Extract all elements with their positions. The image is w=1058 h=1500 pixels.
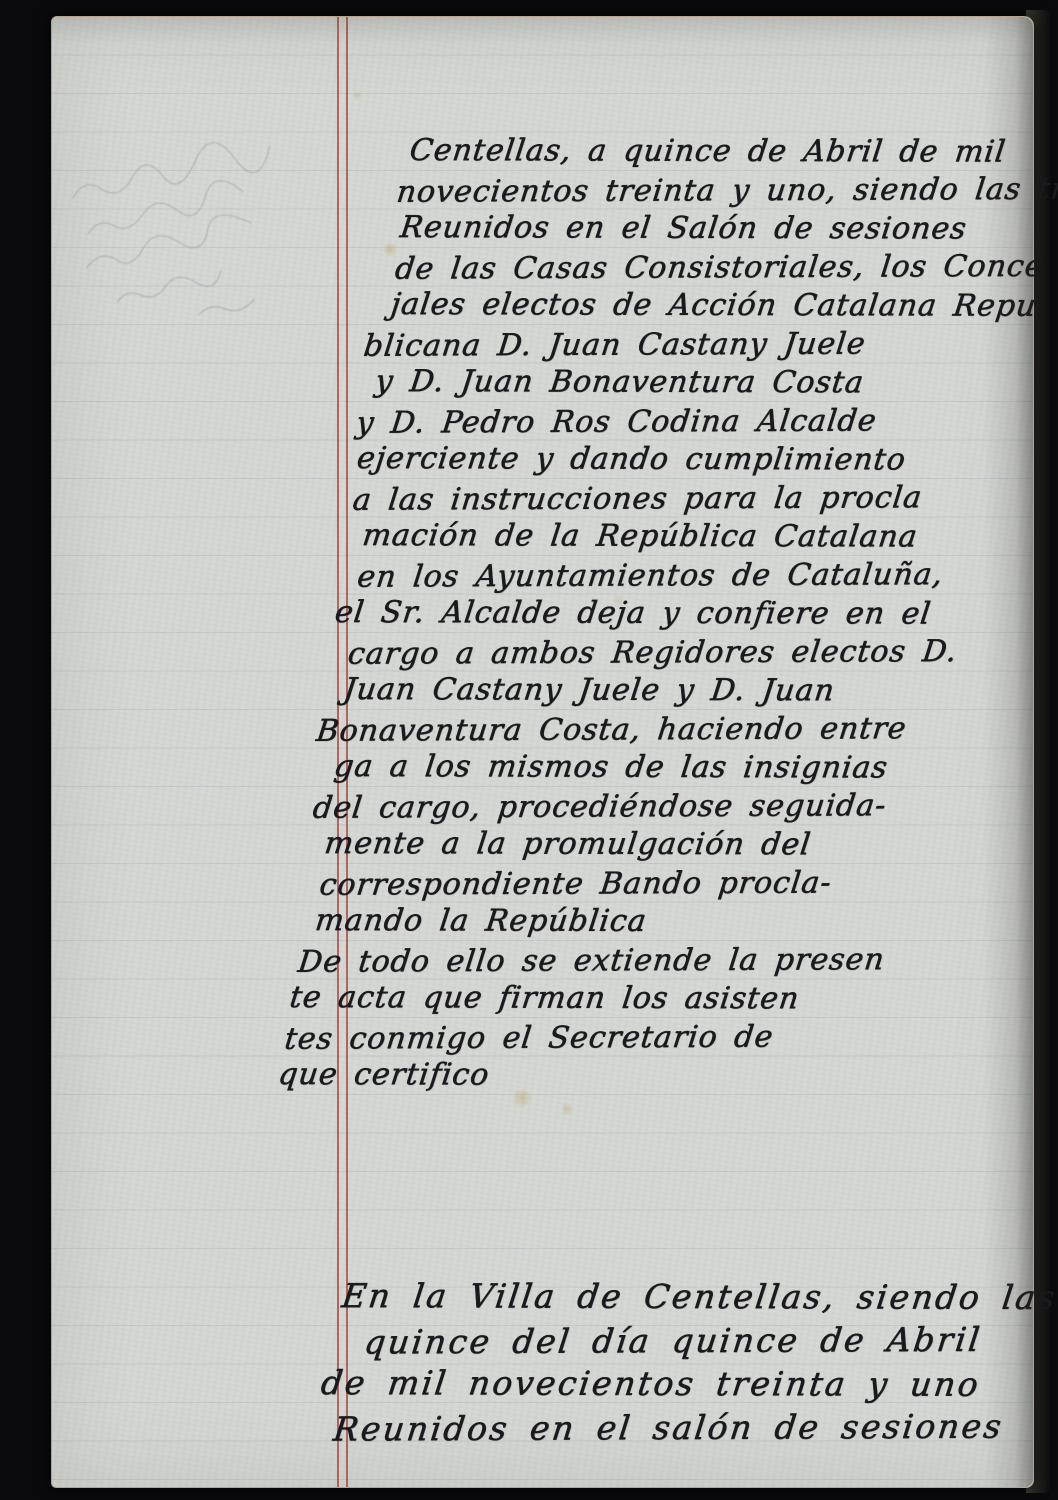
handwritten-line: y D. Juan Bonaventura Costa (373, 363, 1058, 404)
handwritten-line: Reunidos en el Salón de sesiones (398, 209, 1058, 250)
handwritten-line: ejerciente y dando cumplimiento (355, 440, 1058, 481)
handwritten-line: a las instrucciones para la procla (351, 478, 1058, 520)
handwritten-line: que certifico (276, 1056, 1058, 1097)
handwritten-line: mente a la promulgación del (322, 825, 1058, 866)
handwritten-line: mando la República (313, 902, 1058, 943)
handwritten-line: el Sr. Alcalde deja y confiere en el (333, 594, 1058, 635)
handwritten-line: cargo a ambos Regidores electos D. (346, 632, 1058, 674)
handwritten-line: de mil novecientos treinta y uno (319, 1361, 1049, 1406)
handwritten-line: del cargo, procediéndose seguida- (311, 786, 1058, 828)
margin-pencil-note (60, 121, 381, 346)
handwritten-line: Centellas, a quince de Abril de mil (407, 132, 1058, 173)
handwritten-line: jales electos de Acción Catalana Repu (389, 286, 1058, 327)
handwritten-line: novecientos treinta y uno, siendo las tr… (395, 170, 1058, 212)
handwritten-line: Bonaventura Costa, haciendo entre (314, 709, 1058, 751)
manuscript-page: Centellas, a quince de Abril de milnovec… (51, 16, 1034, 1488)
handwritten-line: Juan Castany Juele y D. Juan (341, 671, 1058, 712)
handwritten-line: quince del día quince de Abril (362, 1317, 1055, 1363)
handwritten-line: y D. Pedro Ros Codina Alcalde (354, 401, 1058, 443)
handwritten-line: tes conmigo el Secretario de (283, 1017, 1058, 1059)
handwritten-line: correspondiente Bando procla- (317, 863, 1058, 905)
handwritten-line: En la Villa de Centellas, siendo las (339, 1274, 1058, 1319)
handwritten-line: blicana D. Juan Castany Juele (362, 324, 1058, 366)
handwritten-line: de las Casas Consistoriales, los Conce (393, 247, 1058, 289)
handwritten-line: Reunidos en el salón de sesiones (331, 1404, 1044, 1451)
handwritten-line: en los Ayuntamientos de Cataluña, (355, 555, 1058, 597)
book-scan: Centellas, a quince de Abril de milnovec… (0, 0, 1058, 1500)
handwritten-line: ga a los mismos de las insignias (332, 748, 1058, 789)
handwritten-line: De todo ello se extiende la presen (296, 940, 1058, 982)
handwritten-line: te acta que firman los asisten (287, 979, 1058, 1020)
handwritten-line: mación de la República Catalana (360, 517, 1058, 558)
act-record-next-session-opening: En la Villa de Centellas, siendo lasquin… (337, 1275, 1058, 1449)
act-record-proclamation-1931: Centellas, a quince de Abril de milnovec… (294, 133, 1058, 1096)
